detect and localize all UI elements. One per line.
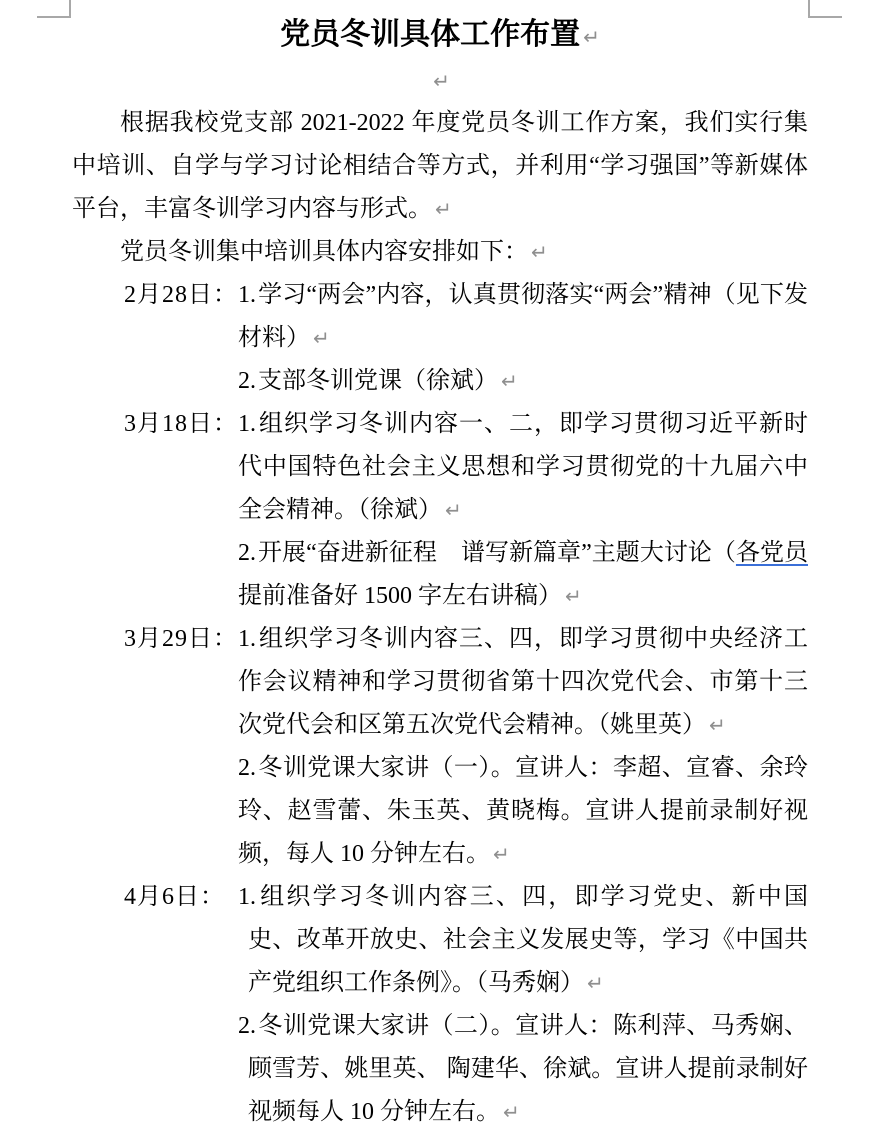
item-number: 1. (238, 626, 258, 652)
schedule-item: 1.组织学习冬训内容一、二，即学习贯彻习近平新时代中国特色社会主义思想和学习贯彻… (238, 403, 808, 532)
pilcrow-mark: ↵ (503, 1100, 520, 1124)
schedule-item: 2.开展“奋进新征程 谱写新篇章”主题大讨论（各党员提前准备好 1500 字左右… (238, 532, 808, 618)
pilcrow-mark: ↵ (583, 25, 600, 49)
item-number: 2. (238, 1013, 258, 1039)
item-number: 1. (238, 411, 258, 437)
pilcrow-mark: ↵ (445, 498, 462, 522)
item-text: 组织学习冬训内容一、二，即学习贯彻习近平新时代中国特色社会主义思想和学习贯彻党的… (238, 411, 808, 523)
item-text: 冬训党课大家讲（一）。宣讲人：李超、宣睿、余玲玲、赵雪蕾、朱玉英、黄晓梅。宣讲人… (238, 755, 808, 867)
schedule-item: 1.学习“两会”内容，认真贯彻落实“两会”精神（见下发材料）↵ (238, 274, 808, 360)
item-number: 1. (238, 884, 258, 910)
pilcrow-mark: ↵ (501, 369, 518, 393)
item-number: 2. (238, 368, 258, 394)
item-text: 冬训党课大家讲（二）。宣讲人：陈利萍、马秀娴、顾雪芳、姚里英、 陶建华、徐斌。宣… (248, 1013, 808, 1125)
lead-in-paragraph: 党员冬训集中培训具体内容安排如下：↵ (72, 231, 808, 274)
item-text: 支部冬训党课（徐斌） (258, 368, 498, 394)
schedule-block-mar18: 3月18日： 1.组织学习冬训内容一、二，即学习贯彻习近平新时代中国特色社会主义… (72, 403, 808, 618)
item-number: 2. (238, 540, 258, 566)
item-text: 提前准备好 1500 字左右讲稿） (238, 583, 562, 609)
page-title: 党员冬训具体工作布置 (280, 18, 580, 51)
lead-in-text: 党员冬训集中培训具体内容安排如下： (120, 239, 528, 265)
pilcrow-mark: ↵ (313, 326, 330, 350)
schedule-block-apr6: 4月6日： 1.组织学习冬训内容三、四，即学习党史、新中国史、改革开放史、社会主… (72, 876, 808, 1134)
page-boundary-mark-top-right (808, 0, 842, 18)
schedule-item: 2.冬训党课大家讲（一）。宣讲人：李超、宣睿、余玲玲、赵雪蕾、朱玉英、黄晓梅。宣… (238, 747, 808, 876)
item-text: 组织学习冬训内容三、四，即学习党史、新中国史、改革开放史、社会主义发展史等，学习… (248, 884, 808, 996)
schedule-block-feb28: 2月28日： 1.学习“两会”内容，认真贯彻落实“两会”精神（见下发材料）↵ 2… (72, 274, 808, 403)
intro-paragraph: 根据我校党支部 2021-2022 年度党员冬训工作方案，我们实行集中培训、自学… (72, 102, 808, 231)
schedule-date: 3月29日： (72, 618, 238, 876)
schedule-item: 2.支部冬训党课（徐斌）↵ (238, 360, 808, 403)
pilcrow-mark: ↵ (435, 197, 452, 221)
pilcrow-mark: ↵ (531, 240, 548, 264)
pilcrow-mark: ↵ (493, 842, 510, 866)
schedule-date: 4月6日： (72, 876, 233, 1134)
pilcrow-mark: ↵ (709, 713, 726, 737)
document-body: 党员冬训具体工作布置↵ ↵ 根据我校党支部 2021-2022 年度党员冬训工作… (72, 12, 808, 1134)
item-number: 1. (238, 282, 258, 308)
schedule-date: 3月18日： (72, 403, 238, 618)
empty-paragraph: ↵ (72, 60, 808, 102)
item-number: 2. (238, 755, 258, 781)
underlined-text: 各党员 (736, 540, 808, 566)
document-page: { "colors": { "text": "#000000", "paragr… (0, 0, 893, 1141)
schedule-item: 2.冬训党课大家讲（二）。宣讲人：陈利萍、马秀娴、顾雪芳、姚里英、 陶建华、徐斌… (233, 1005, 808, 1134)
pilcrow-mark: ↵ (565, 584, 582, 608)
schedule-date: 2月28日： (72, 274, 238, 403)
schedule-block-mar29: 3月29日： 1.组织学习冬训内容三、四，即学习贯彻中央经济工作会议精神和学习贯… (72, 618, 808, 876)
schedule-items: 1.学习“两会”内容，认真贯彻落实“两会”精神（见下发材料）↵ 2.支部冬训党课… (238, 274, 808, 403)
schedule-items: 1.组织学习冬训内容三、四，即学习贯彻中央经济工作会议精神和学习贯彻省第十四次党… (238, 618, 808, 876)
schedule-items: 1.组织学习冬训内容一、二，即学习贯彻习近平新时代中国特色社会主义思想和学习贯彻… (238, 403, 808, 618)
schedule-items: 1.组织学习冬训内容三、四，即学习党史、新中国史、改革开放史、社会主义发展史等，… (233, 876, 808, 1134)
pilcrow-mark: ↵ (433, 69, 450, 93)
item-text: 开展“奋进新征程 谱写新篇章”主题大讨论（ (258, 540, 736, 566)
page-title-line: 党员冬训具体工作布置↵ (72, 12, 808, 60)
schedule-item: 1.组织学习冬训内容三、四，即学习党史、新中国史、改革开放史、社会主义发展史等，… (233, 876, 808, 1005)
schedule-item: 1.组织学习冬训内容三、四，即学习贯彻中央经济工作会议精神和学习贯彻省第十四次党… (238, 618, 808, 747)
pilcrow-mark: ↵ (587, 971, 604, 995)
page-boundary-mark-top-left (37, 0, 71, 18)
